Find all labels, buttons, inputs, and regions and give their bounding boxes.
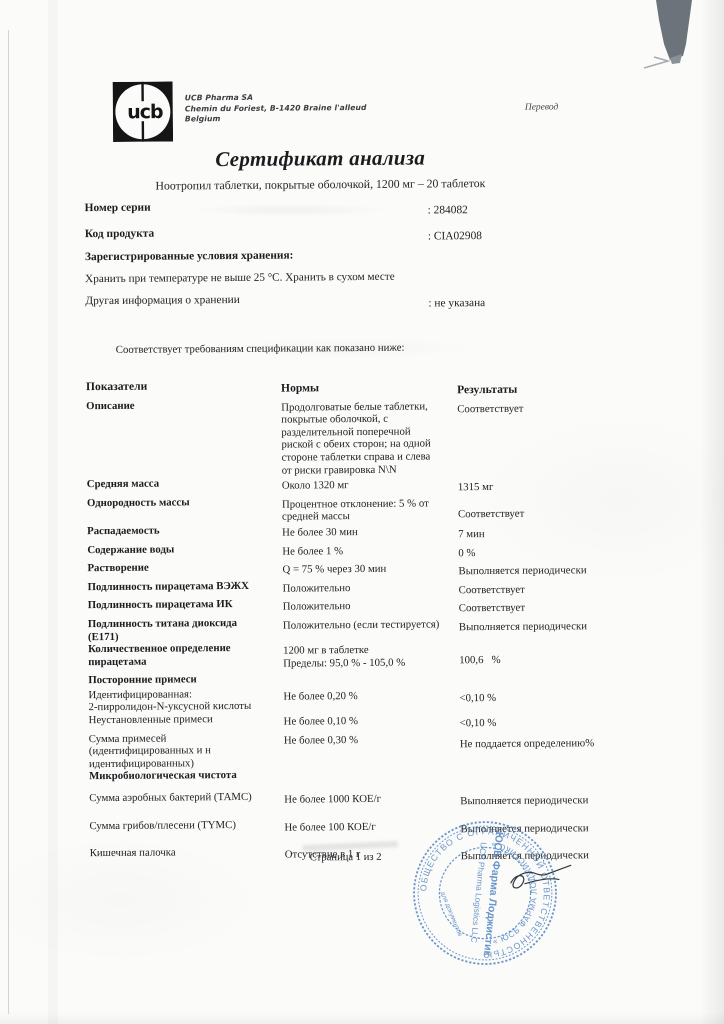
header-results: Результаты <box>457 377 642 397</box>
cell-label: Кишечная палочка <box>90 846 285 866</box>
table-row: Однородность массыПроцентное отклонение:… <box>87 493 647 526</box>
document-subtitle: Ноотропил таблетки, покрытые оболочкой, … <box>0 175 643 195</box>
other-storage-info-row: Другая информация о хранении : не указан… <box>85 291 662 308</box>
batch-number-row: Номер серии : 284082 <box>85 198 662 215</box>
cell-label: Подлинность пирацетама ИК <box>88 598 283 618</box>
storage-conditions-heading: Зарегистрированные условия хранения: <box>85 250 293 264</box>
cell-norm: Положительно <box>283 597 459 617</box>
company-address-block: UCB Pharma SA Chemin du Foriest, B-1420 … <box>185 92 367 125</box>
cell-label: Подлинность пирацетама ВЭЖХ <box>88 579 283 599</box>
cell-label: Описание <box>86 398 282 478</box>
page-number: Страница 1 из 2 <box>310 852 382 864</box>
company-country: Belgium <box>185 113 367 125</box>
cell-result: Выполняется периодически <box>460 788 645 808</box>
cell-result: <0,10 % <box>459 685 644 712</box>
table-row: Сумма грибов/плесени (TYMC)Не более 100 … <box>89 815 649 838</box>
table-row: Сумма аэробных бактерий (ТАМС)Не более 1… <box>89 788 649 811</box>
cell-norm: 1200 мг в таблетке Пределы: 95,0 % - 105… <box>283 640 459 670</box>
spec-table-rows: ОписаниеПродолговатые белые таблетки, по… <box>86 395 650 866</box>
cell-result: Соответствует <box>458 493 643 523</box>
cell-norm <box>284 768 460 782</box>
scanned-page: ucb UCB Pharma SA Chemin du Foriest, B-1… <box>0 0 724 1024</box>
table-row: Сумма примесей (идентифицированных и н и… <box>89 728 649 770</box>
signature <box>503 850 593 896</box>
cell-result <box>459 670 644 684</box>
cell-result: Соответствует <box>459 595 644 615</box>
cell-result: 0 % <box>458 539 643 559</box>
storage-conditions-text: Хранить при температуре не выше 25 °С. Х… <box>85 271 395 285</box>
cell-norm: Продолговатые белые таблетки, покрытые о… <box>281 397 458 477</box>
cell-result: <0,10 % <box>460 710 645 730</box>
ucb-logo: ucb <box>113 81 173 141</box>
cell-norm <box>283 672 459 686</box>
cell-label: Растворение <box>87 561 282 581</box>
ucb-logo-text: ucb <box>127 101 163 123</box>
cell-label: Подлинность титана диоксида (Е171) <box>88 617 283 644</box>
cell-result <box>460 766 645 780</box>
batch-number-value: : 284082 <box>428 204 468 216</box>
other-storage-info-label: Другая информация о хранении <box>85 294 240 307</box>
header-norms: Нормы <box>281 378 457 398</box>
cell-result: Выполняется периодически <box>459 614 644 641</box>
cell-label: Средняя масса <box>87 477 282 497</box>
translation-note: Перевод <box>525 102 559 112</box>
cell-norm: Около 1320 мг <box>282 475 458 495</box>
cell-result: Соответствует <box>457 395 643 475</box>
document-sheet: ucb UCB Pharma SA Chemin du Foriest, B-1… <box>0 0 724 1024</box>
cell-result: Выполняется периодически <box>458 558 643 578</box>
cell-label: Сумма грибов/плесени (TYMC) <box>89 818 284 838</box>
table-row: ОписаниеПродолговатые белые таблетки, по… <box>86 395 647 478</box>
cell-label: Сумма аэробных бактерий (ТАМС) <box>89 791 284 811</box>
cell-label: Количественное определение пирацетама <box>88 642 283 672</box>
document-title: Сертификат анализа <box>0 144 643 174</box>
product-code-row: Код продукта : CIA02908 <box>85 224 662 241</box>
cell-norm: Не более 30 мин <box>282 522 458 542</box>
cell-label: Распадаемость <box>87 524 282 544</box>
cell-norm: Не более 0,30 % <box>284 730 460 769</box>
cell-norm: Не более 1000 КОЕ/г <box>284 789 460 809</box>
cell-norm: Не более 0,20 % <box>283 686 459 713</box>
cell-norm: Процентное отклонение: 5 % от средней ма… <box>282 494 458 524</box>
cell-label: Посторонние примеси <box>88 673 283 687</box>
cell-label: Содержание воды <box>87 542 282 562</box>
cell-result: 100,6 % <box>459 639 644 669</box>
cell-result: 1315 мг <box>458 474 643 494</box>
company-street: Chemin du Foriest, B-1420 Braine l'alleu… <box>185 102 367 114</box>
cell-result: Соответствует <box>459 577 644 597</box>
stamp-side-text: для документов <box>439 891 464 938</box>
spec-compliance-note: Соответствует требованиям спецификации к… <box>116 342 405 356</box>
cell-norm: Не более 0,10 % <box>284 711 460 731</box>
header-indicators: Показатели <box>86 380 281 400</box>
table-row: Количественное определение пирацетама120… <box>88 639 648 672</box>
cell-label: Однородность массы <box>87 495 282 525</box>
cell-norm: Не более 1 % <box>282 541 458 561</box>
cell-norm: Положительно (если тестируется) <box>283 615 459 642</box>
cell-result: 7 мин <box>458 521 643 541</box>
product-code-value: : CIA02908 <box>428 230 482 242</box>
cell-norm: Q = 75 % через 30 мин <box>282 559 458 579</box>
cell-result: Не поддается определению% <box>460 728 645 767</box>
product-code-label: Код продукта <box>85 228 154 241</box>
spec-table: Показатели Нормы Результаты ОписаниеПрод… <box>86 377 650 866</box>
cell-label: Идентифицированная: 2-пирролидон-N-уксус… <box>88 687 283 714</box>
cell-label: Микробиологическая чистота <box>89 769 284 783</box>
other-storage-info-value: : не указана <box>428 297 485 309</box>
cell-label: Неустановленные примеси <box>89 713 284 733</box>
cell-label: Сумма примесей (идентифицированных и н и… <box>89 731 284 770</box>
cell-norm: Положительно <box>283 578 459 598</box>
batch-number-label: Номер серии <box>85 202 151 215</box>
